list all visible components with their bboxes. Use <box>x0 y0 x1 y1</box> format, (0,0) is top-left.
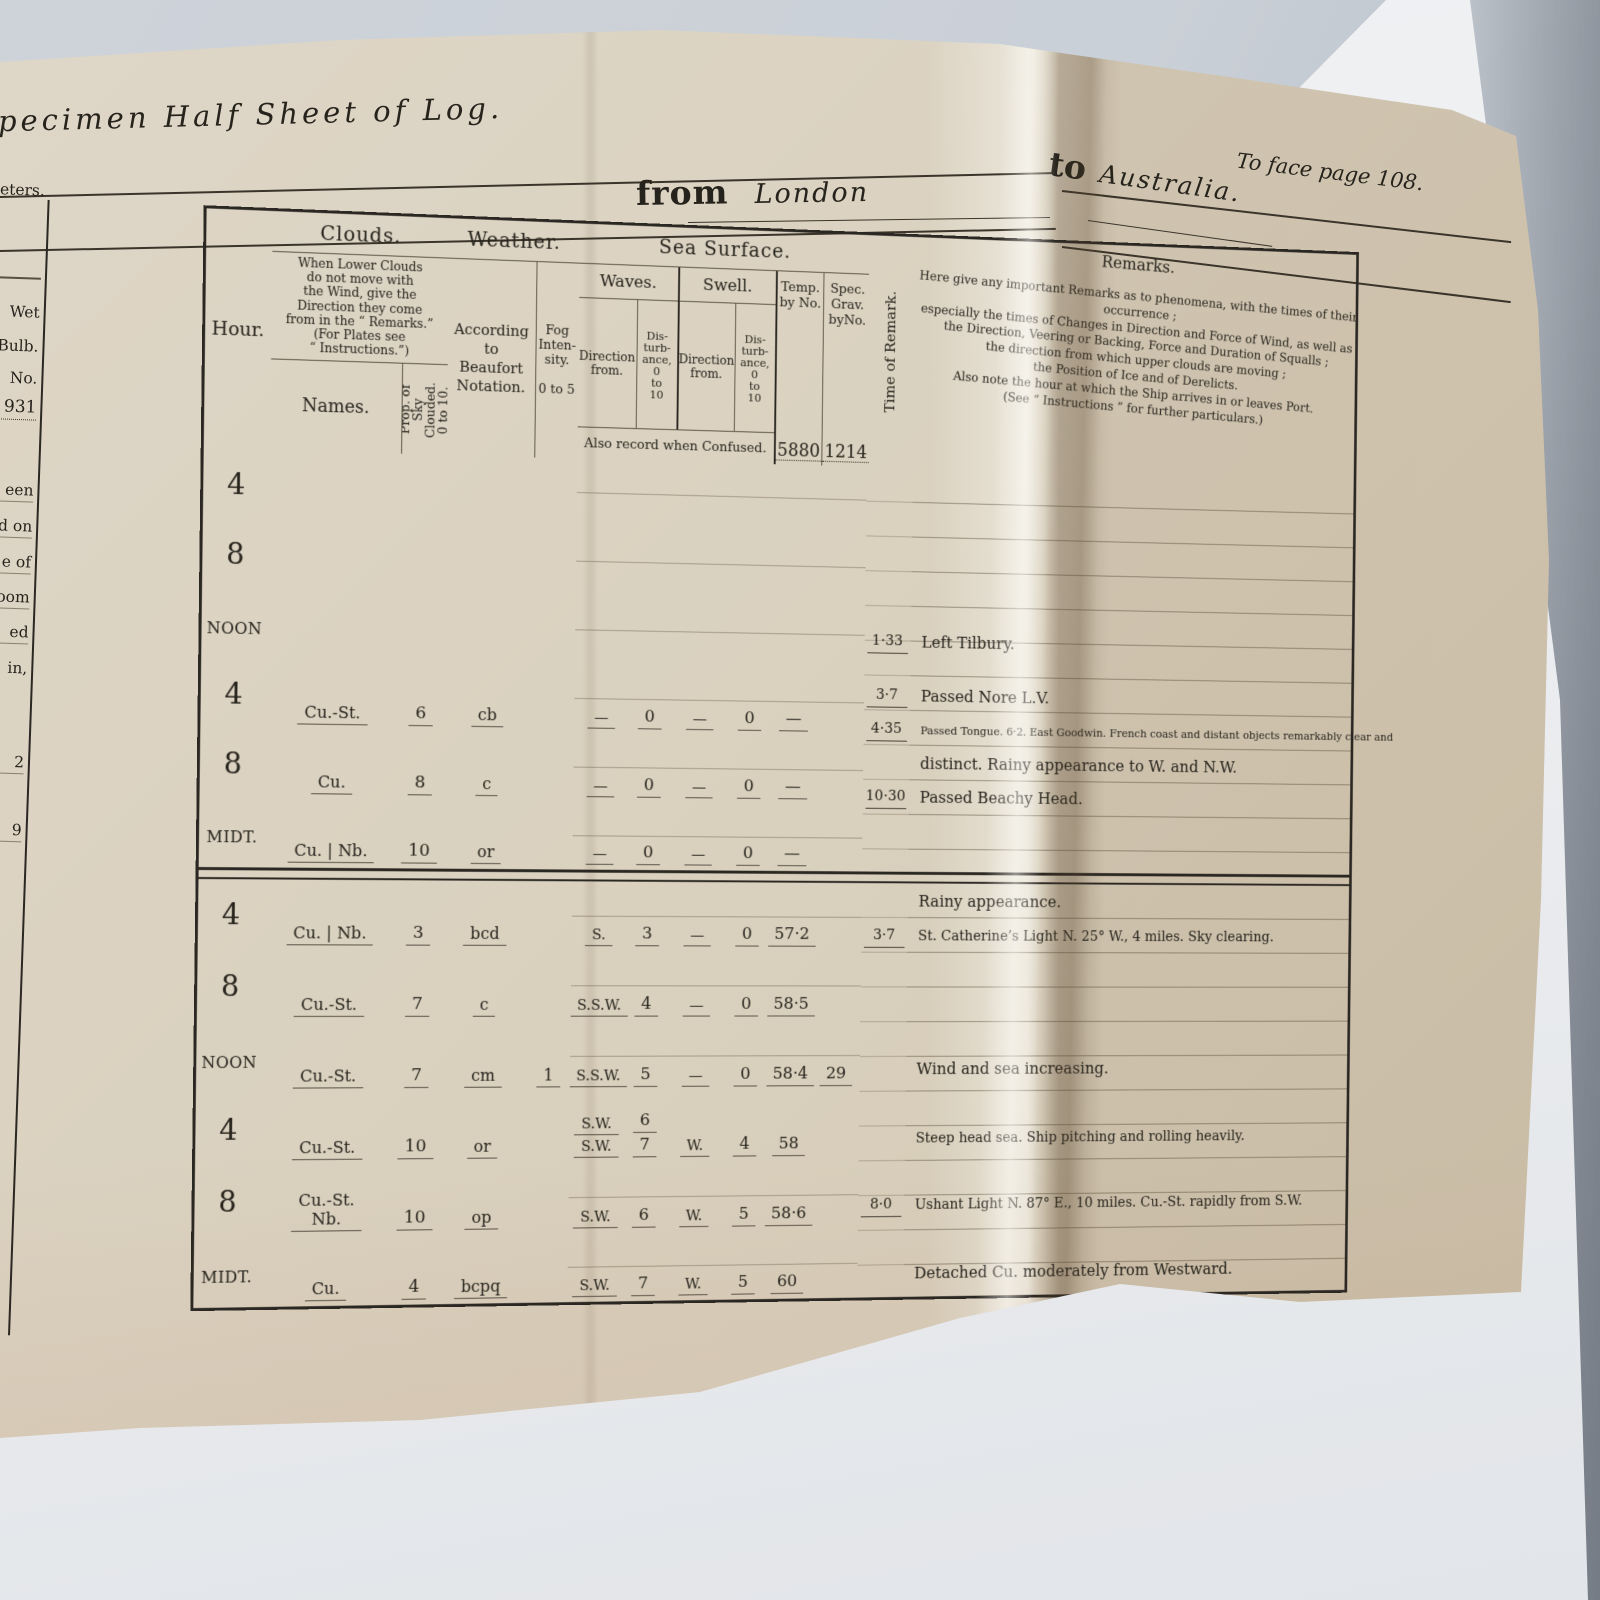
left-edge-fragment: eters. <box>0 180 44 200</box>
clouds-title: Clouds. <box>272 211 449 259</box>
temp-cell: 58·4 <box>766 1021 813 1091</box>
spec-cell <box>816 737 863 805</box>
header-beaufort: According to Beaufort Notation. <box>446 259 536 458</box>
fog-cell <box>532 595 575 665</box>
fog-cell <box>526 1092 569 1163</box>
swell-dir-cell: — <box>670 666 729 735</box>
photo-scene: Specimen Half Sheet of Log. fromLondon t… <box>0 0 1600 1600</box>
names-cell: Cu. | Nb. <box>263 878 396 950</box>
swell-dir-cell: — <box>670 735 729 804</box>
hour-cell: MIDT. <box>197 798 265 868</box>
waves-dir-cell: S. <box>571 880 627 951</box>
from-field: fromLondon <box>636 170 870 213</box>
spec-cell <box>819 466 866 535</box>
left-edge-fragment: No. <box>0 368 38 388</box>
swell-dir-cell: — <box>668 880 727 950</box>
hour-cell: 8 <box>201 518 269 589</box>
weather-cell: op <box>437 1163 527 1235</box>
fog-cell <box>530 801 573 870</box>
from-label: from <box>636 172 729 213</box>
left-edge-fragment: 9 <box>0 820 22 843</box>
weather-cell: c <box>439 950 528 1021</box>
weather-cell <box>445 455 534 526</box>
header-hour: Hour. <box>202 207 272 450</box>
hour-cell: NOON <box>200 588 268 659</box>
prop-cell: 7 <box>395 950 440 1021</box>
waves-dir-cell: S.W. <box>567 1232 623 1303</box>
weather-cell: bcd <box>440 879 529 950</box>
header-temp-by-no: Temp. by No. 5880 <box>775 271 825 465</box>
remark-text: Wind and sea increasing. <box>916 1057 1343 1080</box>
hour-cell: 8 <box>195 950 263 1022</box>
remark-text: Detached Cu. moderately from Westward. <box>914 1257 1341 1284</box>
spec-cell <box>817 669 864 737</box>
waves-dist-cell: 4 <box>625 951 668 1021</box>
waves-dist-cell <box>630 597 672 666</box>
header-confused-note: Also record when Confused. <box>577 426 774 464</box>
spec-cell <box>811 1160 858 1230</box>
log-table: Hour. Clouds. When Lower Clouds do not m… <box>190 205 1359 1311</box>
weather-cell: c <box>442 731 531 801</box>
swell-dist-cell: 0 <box>729 667 771 736</box>
waves-dist-cell: 67 <box>624 1091 667 1162</box>
prop-cell <box>400 523 445 593</box>
remarks-cell: Left Tilbury.Passed Nore L.V.Passed Tong… <box>908 468 1355 876</box>
waves-dist-cell: 0 <box>628 734 670 803</box>
swell-dir-cell: — <box>667 951 726 1021</box>
waves-dir-cell: S.W.S.W. <box>568 1091 624 1162</box>
swell-dist-cell: 0 <box>727 803 769 871</box>
hour-cell: 4 <box>194 1093 262 1165</box>
header-swell: Swell. Direction from. Dis- turb- ance, … <box>678 267 776 432</box>
header-prop-of-sky: Prop. of Sky Clouded. 0 to 10. <box>401 364 448 455</box>
remark-time: 10·30 <box>865 785 906 810</box>
spec-cell <box>815 804 862 872</box>
spec-cell <box>812 1090 859 1160</box>
header-time-of-remark: Time of Remark. <box>866 234 915 468</box>
left-edge-fragment: e of <box>0 552 31 575</box>
temp-cell <box>773 464 820 533</box>
swell-dir-cell <box>673 461 732 531</box>
left-edge-fragment: Wet <box>0 302 40 322</box>
prop-cell: 7 <box>394 1021 440 1092</box>
weather-cell <box>444 593 533 664</box>
prop-cell: 6 <box>398 662 443 732</box>
header-waves-direction: Direction from. <box>577 298 637 428</box>
left-edge-fragment: d on <box>0 516 33 539</box>
waves-dist-cell: 7 <box>622 1232 665 1303</box>
weather-cell: bcpq <box>436 1234 526 1306</box>
remark-text: Passed Nore L.V. <box>921 686 1348 714</box>
weather-cell: or <box>441 801 530 871</box>
swell-dist-cell <box>731 463 773 532</box>
temp-cell: — <box>770 668 817 737</box>
temp-cell: 60 <box>763 1230 810 1300</box>
hour-cell: 8 <box>193 1165 261 1238</box>
fog-cell <box>531 664 574 733</box>
waves-dir-cell <box>575 527 631 597</box>
fog-cell <box>525 1233 568 1304</box>
from-value: London <box>754 177 869 210</box>
spec-cell <box>810 1229 857 1299</box>
fog-cell <box>531 733 574 802</box>
header-weather: Weather. According to Beaufort Notation.… <box>446 217 579 459</box>
hour-cell: NOON <box>194 1021 262 1093</box>
to-label: to <box>1047 144 1089 188</box>
waves-dist-cell: 0 <box>629 666 671 735</box>
prop-cell: 3 <box>396 879 441 950</box>
spec-cell <box>818 533 865 602</box>
temp-cell: 58·6 <box>764 1160 811 1230</box>
printed-rule <box>0 172 1052 197</box>
swell-dist-cell: 0 <box>725 1021 767 1091</box>
swell-dir-cell: — <box>666 1021 725 1091</box>
remarks-cell: Rainy appearance.St. Catherine’s Light N… <box>903 882 1351 1298</box>
names-cell <box>268 520 401 593</box>
clouds-note: When Lower Clouds do not move with the W… <box>271 252 449 365</box>
temp-cell <box>772 532 819 601</box>
waves-dist-cell <box>631 460 673 529</box>
swell-dist-cell <box>730 599 772 668</box>
left-edge-fragment: Bulb. <box>0 336 39 356</box>
swell-dist-cell: 5 <box>722 1231 764 1302</box>
remark-time: 8·0 <box>860 1192 901 1217</box>
temp-cell: — <box>769 804 816 872</box>
header-fog-intensity: Fog Inten- sity. 0 to 5 <box>534 262 579 459</box>
prop-cell <box>401 454 446 524</box>
waves-dir-cell: S.S.W. <box>570 950 626 1021</box>
header-names: Names. <box>269 359 401 453</box>
hour-cell: 4 <box>196 878 264 950</box>
prop-cell: 4 <box>391 1235 437 1307</box>
fog-cell <box>529 880 572 951</box>
swell-dir-cell <box>672 530 731 600</box>
remark-time: 3·7 <box>866 683 907 708</box>
prop-cell: 10 <box>392 1163 438 1235</box>
page-title: Specimen Half Sheet of Log. <box>0 91 503 139</box>
left-cutoff-column: eters.WetBulb.No.931eend one ofoomedin,2… <box>0 188 58 1359</box>
spec-cell <box>813 951 860 1021</box>
swell-dist-cell <box>730 531 772 600</box>
remark-text: Passed Beachy Head. <box>920 787 1347 813</box>
names-cell: Cu. <box>259 1235 392 1308</box>
time-of-remark-cell: 3·78·0 <box>857 882 908 1299</box>
remarks-instructions: Here give any important Remarks as to ph… <box>913 268 1357 437</box>
fog-cell <box>526 1162 569 1233</box>
to-face-page-note: To face page 108. <box>1235 149 1425 196</box>
fog-cell <box>534 457 577 527</box>
remark-text: distinct. Rainy appearance to W. and N.W… <box>920 753 1347 779</box>
to-value: Australia. <box>1098 159 1243 208</box>
prop-cell: 8 <box>397 731 442 801</box>
hour-cell: 8 <box>198 728 266 799</box>
header-waves: Waves. Direction from. Dis- turb- ance, … <box>577 264 680 430</box>
remark-text: Ushant Light N. 87° E., 10 miles. Cu.-St… <box>915 1190 1342 1216</box>
waves-dir-cell <box>576 459 632 529</box>
waves-dist-cell: 5 <box>625 1021 668 1091</box>
names-cell: Cu.-St. <box>263 950 396 1022</box>
header-waves-disturbance: Dis- turb- ance, 0 to 10 <box>635 300 677 429</box>
waves-dist-cell <box>630 529 672 598</box>
waves-dist-cell: 0 <box>627 802 669 871</box>
swell-dir-cell: W. <box>665 1091 724 1162</box>
remark-text: Rainy appearance. <box>918 891 1345 914</box>
swell-dist-cell: 0 <box>726 881 768 951</box>
swell-dir-cell: W. <box>664 1231 723 1302</box>
temp-cell: 58 <box>765 1091 812 1161</box>
remark-text: Passed Tongue. 6·2. East Goodwin. French… <box>920 720 1347 747</box>
remark-time: 1·33 <box>867 629 908 654</box>
remark-time: 4·35 <box>866 717 907 742</box>
swell-dist-cell: 5 <box>723 1161 765 1231</box>
waves-dir-cell: S.S.W. <box>569 1021 625 1092</box>
temp-thermometer-number: 5880 <box>775 443 822 462</box>
temp-cell <box>771 600 818 669</box>
header-spec-grav-by-no: Spec. Grav. byNo. 1214 <box>823 273 871 467</box>
waves-dir-cell: — <box>574 665 630 734</box>
temp-cell: — <box>769 736 816 804</box>
spec-cell: 29 <box>813 1021 860 1091</box>
prop-cell: 10 <box>393 1092 439 1164</box>
swell-dir-cell: — <box>669 803 728 872</box>
hour-cell: 4 <box>199 658 267 729</box>
fog-cell <box>528 950 571 1021</box>
swell-dist-cell: 4 <box>724 1091 766 1161</box>
remark-text: Left Tilbury. <box>921 632 1348 661</box>
temp-cell: 57·2 <box>768 881 815 951</box>
temp-cell: 58·5 <box>767 951 814 1021</box>
names-cell: Cu.-St. <box>262 1021 395 1093</box>
swell-dir-cell <box>671 598 730 667</box>
weather-title: Weather. <box>449 218 580 263</box>
left-edge-fragment: 2 <box>0 752 24 775</box>
header-swell-disturbance: Dis- turb- ance, 0 to 10 <box>733 304 775 433</box>
header-clouds: Clouds. When Lower Clouds do not move wi… <box>269 210 449 455</box>
swell-dist-cell: 0 <box>726 951 768 1021</box>
names-cell: Cu. <box>265 729 398 800</box>
header-remarks: Remarks. Here give any important Remarks… <box>913 236 1358 481</box>
fog-cell <box>533 526 576 596</box>
names-cell: Cu.-St. <box>266 659 399 731</box>
hour-cell: 4 <box>201 448 269 520</box>
swell-dir-cell: W. <box>665 1161 724 1232</box>
names-cell <box>269 450 402 523</box>
weather-cell: cm <box>439 1021 528 1092</box>
header-swell-direction: Direction from. <box>678 302 735 431</box>
from-value-underline <box>688 217 1050 223</box>
fog-cell: 1 <box>527 1021 570 1092</box>
left-edge-fragment: een <box>0 480 34 503</box>
remark-time: 3·7 <box>864 923 905 947</box>
waves-dir-cell <box>574 596 630 666</box>
names-cell <box>267 589 400 661</box>
names-cell: Cu.-St. <box>261 1093 394 1165</box>
prop-cell <box>399 592 444 662</box>
weather-cell <box>445 524 534 595</box>
spec-cell <box>818 601 865 670</box>
printed-rule <box>1062 190 1511 243</box>
remark-text: Steep head sea. Ship pitching and rollin… <box>916 1125 1343 1149</box>
waves-dir-cell: — <box>573 733 629 802</box>
waves-dir-cell: S.W. <box>568 1162 624 1233</box>
weather-cell: or <box>438 1092 528 1164</box>
weather-cell: cb <box>443 662 532 732</box>
hour-cell: MIDT. <box>192 1237 260 1310</box>
spec-grav-number: 1214 <box>823 444 869 463</box>
left-edge-fragment: ed <box>0 622 29 645</box>
waves-dir-cell: — <box>572 802 628 871</box>
names-cell: Cu.-St. Nb. <box>260 1164 393 1237</box>
left-edge-fragment: 931 <box>0 396 37 421</box>
waves-dist-cell: 6 <box>623 1162 666 1233</box>
names-cell: Cu. | Nb. <box>264 799 397 870</box>
left-edge-fragment: oom <box>0 587 30 610</box>
prop-cell: 10 <box>397 800 442 870</box>
left-edge-fragment: in, <box>0 658 28 678</box>
waves-dist-cell: 3 <box>626 880 669 951</box>
header-sea-surface: Sea Surface. Waves. Direction from. <box>577 222 869 467</box>
remark-text: St. Catherine’s Light N. 25° W., 4 miles… <box>918 925 1345 947</box>
spec-cell <box>814 881 861 951</box>
swell-dist-cell: 0 <box>728 735 770 804</box>
printed-rule <box>0 276 41 279</box>
time-of-remark-cell: 1·333·74·3510·30 <box>862 467 913 873</box>
